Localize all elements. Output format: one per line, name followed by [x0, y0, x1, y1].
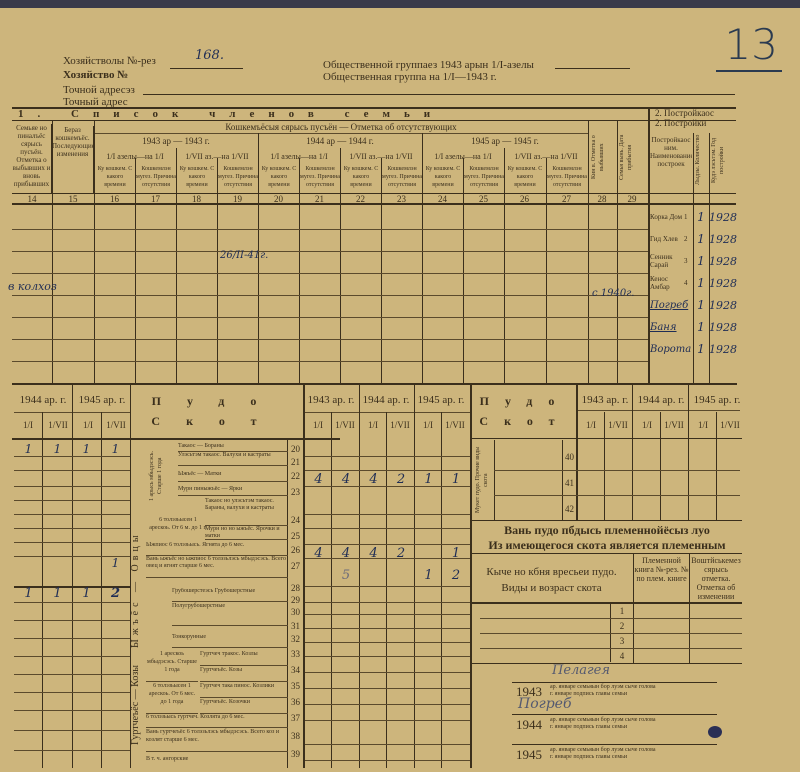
sub-reason: Кошкемлэн мугез. Причина отсутствия	[218, 165, 258, 189]
row-number: 34	[288, 665, 303, 681]
row-number: 35	[288, 681, 303, 697]
half-label: 1/I	[360, 420, 386, 430]
grid-hline	[305, 628, 470, 629]
grid-hline	[494, 495, 740, 496]
column-numbers-row: 14 15 16 17 18 19 20 21 22 23 24 25 26 2…	[12, 193, 736, 205]
household-no-value: 168.	[195, 48, 224, 63]
building-no: 4	[684, 279, 693, 287]
right-year-1944: 1944 ар. г.	[634, 394, 688, 406]
grid-hline	[480, 633, 742, 634]
buildings-title-komi: 2. Постройкаос	[655, 108, 714, 118]
livestock-title-ru-right: Скот	[475, 414, 575, 429]
grid-hline	[480, 648, 742, 649]
address-line	[143, 94, 735, 95]
livestock-top-rule	[12, 383, 737, 385]
col-number: 26	[504, 194, 545, 203]
grid-hline	[14, 710, 130, 711]
col28-header: Кин в. Отметка о выбывших	[590, 124, 616, 190]
signature-text-ru: г. январе подпись главы семьи	[550, 724, 656, 731]
row-number: 37	[288, 713, 303, 731]
year-divider	[258, 133, 259, 193]
mid-values-row26: 4 4 4 2 1	[305, 546, 470, 561]
page-number: 13	[725, 20, 778, 69]
half-label: 1/I	[415, 420, 441, 430]
grid-vline	[299, 158, 300, 383]
row-label: Вань ыжъёс но ыжпиос 6 толэзьлэсь мбыдэс…	[146, 556, 288, 578]
cell-value: 4	[332, 472, 360, 487]
cell-value: 1	[14, 586, 43, 601]
pedigree-title-ru: Из имеющегося скота является племенным	[472, 538, 742, 553]
signature-text-1944: ар. январе семьяын бор луэм сыче голова …	[550, 717, 656, 731]
half-label: 1/VII	[331, 420, 359, 430]
col-number: 28	[588, 194, 616, 203]
col-number: 22	[340, 194, 381, 203]
livestock-row-descriptions-4: Грубошерстеэсь Грубошерстные Полугрубоше…	[172, 588, 288, 648]
note-kolkhoz: в колхоз	[8, 280, 57, 293]
signature-text-ru: г. январе подпись главы семьи	[550, 754, 656, 761]
mid-values-row27: 5 1 2	[305, 568, 470, 583]
signature-line	[512, 744, 717, 745]
year-divider	[422, 133, 423, 193]
left-values-row20: 1 1 1 1	[14, 442, 130, 456]
grid-vline	[632, 385, 633, 520]
row-label: Гуртчеч така пинос. Козлики	[200, 682, 288, 698]
group-label-komi: Общественной группаез 1943 арын 1/I-азел…	[323, 60, 534, 70]
signature-line	[512, 682, 717, 683]
goat-group1-label: 1 арескоь мбыдэсэсь. Старше 1 года	[146, 650, 198, 682]
grid-hline	[305, 470, 470, 471]
grid-hline-bold	[472, 602, 742, 604]
buildings-list: Корка Дом 1 1 1928 Гид Хлев 2 1 1928 Сен…	[650, 206, 740, 360]
sub-since: Ку кошкем. С какого времени	[506, 165, 544, 189]
cell-value: 4	[360, 546, 387, 561]
row-label: В т. ч. ангорские	[146, 752, 288, 766]
signature-1944: Погреб	[518, 696, 572, 712]
cell-value: 1	[101, 442, 130, 456]
col-number: 27	[545, 194, 588, 203]
cell-value: 1	[415, 568, 442, 583]
row-label: 6 толэзьысь гуртчеч. Козлята до 6 мес.	[146, 714, 288, 728]
building-name: Баня	[650, 322, 693, 333]
grid-hline	[14, 470, 130, 471]
grid-hline	[472, 520, 742, 521]
signature-text-komi: ар. январе семьяын бор луэм сыче голова	[550, 717, 656, 724]
grid-hline	[305, 760, 470, 761]
grid-hline	[305, 744, 470, 745]
half-label: 1/I	[14, 420, 42, 430]
building-no: 1	[684, 213, 693, 221]
row-number: 20	[288, 444, 303, 457]
absence-header: Кошкемъёсыя сярысь пусъён — Отметка об о…	[94, 122, 588, 132]
col-number: 21	[299, 194, 340, 203]
cell-value	[43, 556, 72, 570]
buildings-col2-header: Лыдзы. Количество	[694, 128, 708, 192]
grid-hline	[12, 251, 648, 252]
col-number: 16	[94, 194, 135, 203]
note-since-1940: с 1940г.	[592, 288, 634, 299]
row-number: 32	[288, 634, 303, 649]
col-number: 18	[176, 194, 217, 203]
grid-hline	[12, 295, 648, 296]
col-number: 19	[217, 194, 258, 203]
row-label: Полугрубошерстные	[172, 602, 288, 626]
left-year-1944: 1944 ар. г.	[14, 394, 72, 406]
grid-hline	[14, 674, 130, 675]
grid-hline	[14, 750, 130, 751]
cell-value: 4	[332, 546, 360, 561]
cell-value: 2	[442, 568, 470, 583]
grid-hline	[14, 500, 130, 501]
year-1943-label: 1943 ар — 1943 г.	[94, 136, 258, 146]
row-number: 30	[288, 607, 303, 621]
col29-header: Семья вынь. Дата прибытия	[618, 124, 648, 190]
row-number: 31	[288, 621, 303, 634]
row-label: Тонкорунные	[172, 626, 288, 648]
grid-vline	[381, 158, 382, 383]
building-year: 1928	[709, 343, 737, 356]
grid-vline	[576, 385, 578, 520]
grid-vline	[463, 158, 464, 383]
row-number: 40	[563, 452, 576, 478]
building-row: Кенос Амбар 4 1 1928	[650, 272, 740, 294]
row-label: Ыжъёс — Матки	[178, 466, 288, 482]
grid-vline	[504, 148, 505, 383]
grid-hline	[494, 470, 740, 471]
row-number: 41	[563, 478, 576, 504]
livestock-title-komi-right: Пудо	[475, 394, 575, 409]
building-name: Кенос Амбар	[650, 275, 684, 291]
row-number: 21	[288, 457, 303, 471]
grid-hline	[305, 688, 470, 689]
cell-value: 5	[332, 568, 360, 583]
building-name: Ворота	[650, 344, 693, 355]
row-number: 28	[288, 583, 303, 595]
col14-header: Семьяе но пиналъёс сярысь пусъён. Отметк…	[12, 124, 52, 194]
signature-text-komi: ар. январе семьяын бор луэм сыче голова	[550, 684, 656, 691]
cell-value	[387, 568, 415, 583]
row-number: 24	[288, 515, 303, 531]
goat-group2-label: 6 толэзьысен 1 арескоь. От 6 мес. до 1 г…	[146, 682, 198, 714]
col-number: 15	[52, 194, 94, 203]
right-year-1943: 1943 ар. г.	[578, 394, 632, 406]
grid-hline	[14, 692, 130, 693]
half-label: 1/VII	[44, 420, 72, 430]
sub-reason: Кошкемлэн мугез. Причина отсутствия	[382, 165, 422, 189]
row-label: Улэсьтэм такаос. Валухи и кастраты	[178, 452, 288, 466]
grid-hline	[14, 528, 130, 529]
grid-hline	[14, 730, 130, 731]
cell-value: 1	[442, 472, 470, 487]
half-label: 1/VII	[102, 420, 130, 430]
cell-value: 4	[305, 546, 332, 561]
form-page: 13 Хозяйстволы №-рез 168. Хозяйство № То…	[0, 8, 800, 772]
building-count: 1	[693, 210, 709, 224]
mid-year-1943: 1943 ар. г.	[305, 394, 357, 406]
cell-value	[305, 568, 332, 583]
livestock-title-ru: Скот	[132, 414, 302, 429]
signature-1943: Пелагея	[552, 663, 610, 678]
cell-value	[360, 568, 387, 583]
row-number: 33	[288, 649, 303, 665]
left-year-1945: 1945 ар. г.	[74, 394, 130, 406]
cell-value: 1	[14, 442, 43, 456]
grid-hline	[12, 339, 648, 340]
half-label: 1/VII	[660, 420, 688, 430]
grid-vline	[135, 158, 136, 383]
half-label: 1/I	[690, 420, 716, 430]
livestock-title-komi: Пудо	[132, 394, 302, 409]
note-date: 26/II-41г.	[220, 250, 268, 261]
household-no-label-komi: Хозяйстволы №-рез	[63, 56, 156, 66]
building-count: 1	[693, 254, 709, 268]
grid-hline	[305, 642, 470, 643]
address-label-ru: Точный адрес	[63, 97, 128, 107]
grid-vline	[217, 158, 218, 383]
grid-hline	[578, 410, 740, 411]
signature-year-1944: 1944	[516, 717, 542, 733]
col-number: 23	[381, 194, 422, 203]
grid-hline	[14, 602, 130, 603]
pedigree-row-numbers: 1 2 3 4	[611, 606, 633, 664]
grid-vline	[660, 412, 661, 520]
grid-hline	[12, 361, 648, 362]
row-label: Гуртчеъёс. Козочки	[200, 698, 288, 714]
row-number: 36	[288, 697, 303, 713]
buildings-title-ru: 2. Постройки	[655, 118, 706, 128]
grid-hline	[12, 229, 648, 230]
grid-hline	[14, 638, 130, 639]
building-name: Сенник Сарай	[650, 253, 684, 269]
building-year: 1928	[709, 299, 737, 312]
year-1945-label: 1945 ар — 1945 г.	[422, 136, 588, 146]
row-label: Ыжпиос 6 толэзьысь. Ягнята до 6 мес.	[146, 542, 288, 556]
pedigree-col3-header: Воштйськемез сярысь отметка. Отметка об …	[690, 556, 742, 601]
building-no: 3	[684, 257, 693, 265]
col15-header: Бераз кошкемъёс. Последующие изменения	[52, 126, 94, 194]
sub-since: Ку кошкем. С какого времени	[178, 165, 216, 189]
col-number: 24	[422, 194, 463, 203]
left-values-row27: 1 1 1 2	[14, 586, 130, 601]
goats-vertical-label: Гуртчеъёс — Козы	[132, 640, 144, 770]
row-label: Гуртчеъёс. Козы	[200, 666, 288, 682]
group-line	[555, 68, 630, 69]
cell-value: 1	[101, 556, 130, 570]
grid-vline	[441, 412, 442, 768]
row-number: 22	[288, 471, 303, 487]
mid-values-row22: 4 4 4 2 1 1	[305, 472, 470, 487]
row-number: 29	[288, 595, 303, 607]
row-number: 42	[563, 504, 576, 524]
address-label-komi: Точной адресэз	[63, 85, 135, 95]
goat-groups: 1 арескоь мбыдэсэсь. Старше 1 года 6 тол…	[146, 650, 198, 714]
half-label: 1/VII	[441, 420, 469, 430]
cell-value: 4	[360, 472, 387, 487]
pedigree-col1-header: Кыче но кбня вресьеи пудо. Виды и возрас…	[474, 564, 629, 596]
mid-year-1944: 1944 ар. г.	[360, 394, 412, 406]
grid-hline	[305, 656, 470, 657]
household-no-label-ru: Хозяйство №	[63, 70, 128, 80]
year-1944-label: 1944 ар — 1944 г.	[258, 136, 422, 146]
sub-since: Ку кошкем. С какого времени	[342, 165, 380, 189]
row-label: Гуртчеч тракос. Козлы	[200, 650, 288, 666]
building-count: 1	[693, 320, 709, 334]
row-label: Грубошерстеэсь Грубошерстные	[172, 588, 288, 602]
row-numbers: 20 21 22 23 24 25 26 27 28 29 30 31 32 3…	[288, 444, 303, 763]
grid-vline	[588, 121, 589, 383]
cell-value: 1	[72, 586, 101, 601]
cell-value: 1	[415, 472, 442, 487]
building-row: Ворота 1 1928	[650, 338, 740, 360]
signature-text-1945: ар. январе семьяын бор луэм сыче голова …	[550, 747, 656, 761]
cell-value: 1	[43, 442, 72, 456]
building-no: 2	[684, 235, 693, 243]
cell-value: 2	[101, 586, 130, 601]
cell-value	[72, 556, 101, 570]
half-label: 1/VII	[386, 420, 414, 430]
grid-hline	[14, 656, 130, 657]
livestock-row-descriptions: Такаос — Бораны Улэсьтэм такаос. Валухи …	[178, 440, 288, 496]
grid-vline	[546, 158, 547, 383]
signature-year-1945: 1945	[516, 747, 542, 763]
grid-hline	[305, 456, 470, 457]
goat-totals: 6 толэзьысь гуртчеч. Козлята до 6 мес. В…	[146, 714, 288, 766]
absence-header-line	[94, 133, 588, 134]
page-number-underline	[716, 70, 782, 72]
row-number: 25	[288, 531, 303, 545]
grid-hline	[305, 614, 470, 615]
building-count: 1	[693, 342, 709, 356]
cell-value: 4	[305, 472, 332, 487]
row-label: Мурн пиныжъёс — Ярки	[178, 482, 288, 496]
half-label: 1/I	[634, 420, 660, 430]
row-label: Мурн но но ыжъёс. Ярочки и матки	[205, 526, 288, 540]
grid-hline	[12, 273, 648, 274]
grid-vline	[386, 412, 387, 768]
building-year: 1928	[709, 255, 737, 268]
row-number: 27	[288, 561, 303, 583]
cell-value	[415, 546, 442, 561]
section1-title: 1. Список членов семьи	[18, 108, 598, 120]
row-label: Вань гуртчеъёс 6 толэзьлэсь мбыдэсэсь. В…	[146, 728, 288, 752]
grid-vline	[470, 385, 472, 768]
sub-since: Ку кошкем. С какого времени	[260, 165, 298, 189]
grid-hline	[305, 720, 470, 721]
half-label: 1/VII	[604, 420, 632, 430]
signature-text-komi: ар. январе семьяын бор луэм сыче голова	[550, 747, 656, 754]
sub-reason: Кошкемлэн мугез. Причина отсутствия	[546, 165, 588, 189]
sub-since: Ку кошкем. С какого времени	[424, 165, 462, 189]
grid-vline	[94, 121, 95, 383]
grid-vline	[176, 148, 177, 383]
grid-hline	[14, 620, 130, 621]
grid-hline	[305, 602, 470, 603]
grid-hline	[305, 528, 470, 529]
grid-vline	[494, 440, 495, 520]
grid-hline	[12, 317, 648, 318]
buildings-col1-header: Постройкаос ним. Наименование построек	[650, 136, 692, 192]
grid-vline	[340, 148, 341, 383]
buildings-col3-header: Кудэ лэсьтэм. Год постройки	[710, 128, 736, 192]
grid-hline	[480, 618, 742, 619]
cell-value	[14, 556, 43, 570]
building-row: Баня 1 1928	[650, 316, 740, 338]
sub-reason: Кошкемлэн мугез. Причина отсутствия	[300, 165, 340, 189]
sub-reason: Кошкемлэн мугез. Причина отсутствия	[464, 165, 504, 189]
building-year: 1928	[709, 211, 737, 224]
building-year: 1928	[709, 233, 737, 246]
cell-value: 2	[387, 546, 415, 561]
building-name: Гид Хлев	[650, 235, 684, 243]
section1-rule	[12, 120, 736, 121]
row-label: Такаос но улэсьтэм такаос. Бараны, валух…	[205, 498, 288, 526]
building-name: Погреб	[650, 300, 693, 311]
cell-value: 2	[387, 472, 415, 487]
grid-vline	[52, 121, 53, 383]
ink-blot	[708, 726, 722, 738]
grid-hline	[14, 542, 130, 543]
right-header-bottom	[470, 438, 742, 439]
grid-hline	[14, 514, 130, 515]
pedigree-title-komi: Вань пудо пбдысь племеннойёсыз луо	[472, 523, 742, 538]
grid-hline	[305, 704, 470, 705]
building-row: Гид Хлев 2 1 1928	[650, 228, 740, 250]
building-year: 1928	[709, 277, 737, 290]
building-count: 1	[693, 232, 709, 246]
grid-vline	[258, 193, 259, 383]
grid-vline	[422, 193, 423, 383]
sheep-group2-label: 6 толэзьысен 1 арескоь. От 6 м. до 1 г.	[148, 516, 208, 532]
building-row: Корка Дом 1 1 1928	[650, 206, 740, 228]
col-number: 29	[616, 194, 648, 203]
group-label-ru: Общественная группа на 1/I—1943 г.	[323, 72, 497, 82]
household-no-line	[170, 68, 243, 69]
row-number: 38	[288, 731, 303, 749]
col-number: 20	[258, 194, 299, 203]
grid-vline	[604, 412, 605, 520]
livestock-row-descriptions-2: Такаос но улэсьтэм такаос. Бараны, валух…	[205, 498, 288, 540]
livestock-row-descriptions-3: Ыжпиос 6 толэзьысь. Ягнята до 6 мес. Ван…	[146, 542, 288, 578]
building-year: 1928	[709, 321, 737, 334]
mid-year-1945: 1945 ар. г.	[415, 394, 467, 406]
grid-hline	[14, 486, 130, 487]
building-count: 1	[693, 298, 709, 312]
row-number: 23	[288, 487, 303, 515]
col-number: 14	[12, 194, 52, 203]
building-count: 1	[693, 276, 709, 290]
pedigree-col2-header: Племенной книга №-рез. № по плем. книге	[634, 556, 689, 583]
cell-value: 1	[43, 586, 72, 601]
row-label: Такаос — Бораны	[178, 440, 288, 452]
row-number: 39	[288, 749, 303, 763]
building-name: Корка Дом	[650, 213, 684, 221]
grid-hline	[305, 544, 470, 545]
grid-hline	[305, 672, 470, 673]
sub-reason: Кошкемлэн мугез. Причина отсутствия	[136, 165, 176, 189]
col-number: 17	[135, 194, 176, 203]
right-row-numbers: 40 41 42	[563, 452, 576, 524]
grid-hline	[305, 412, 470, 413]
building-row: Сенник Сарай 3 1 1928	[650, 250, 740, 272]
grid-hline	[305, 514, 470, 515]
grid-hline	[14, 456, 130, 457]
col-number: 25	[463, 194, 504, 203]
grid-hline	[472, 553, 742, 554]
building-row: Погреб 1 1928	[650, 294, 740, 316]
row-number: 26	[288, 545, 303, 561]
goat-descriptions: Гуртчеч тракос. Козлы Гуртчеъёс. Козы Гу…	[200, 650, 288, 714]
right-year-1945: 1945 ар. г.	[690, 394, 744, 406]
cell-value: 1	[72, 442, 101, 456]
